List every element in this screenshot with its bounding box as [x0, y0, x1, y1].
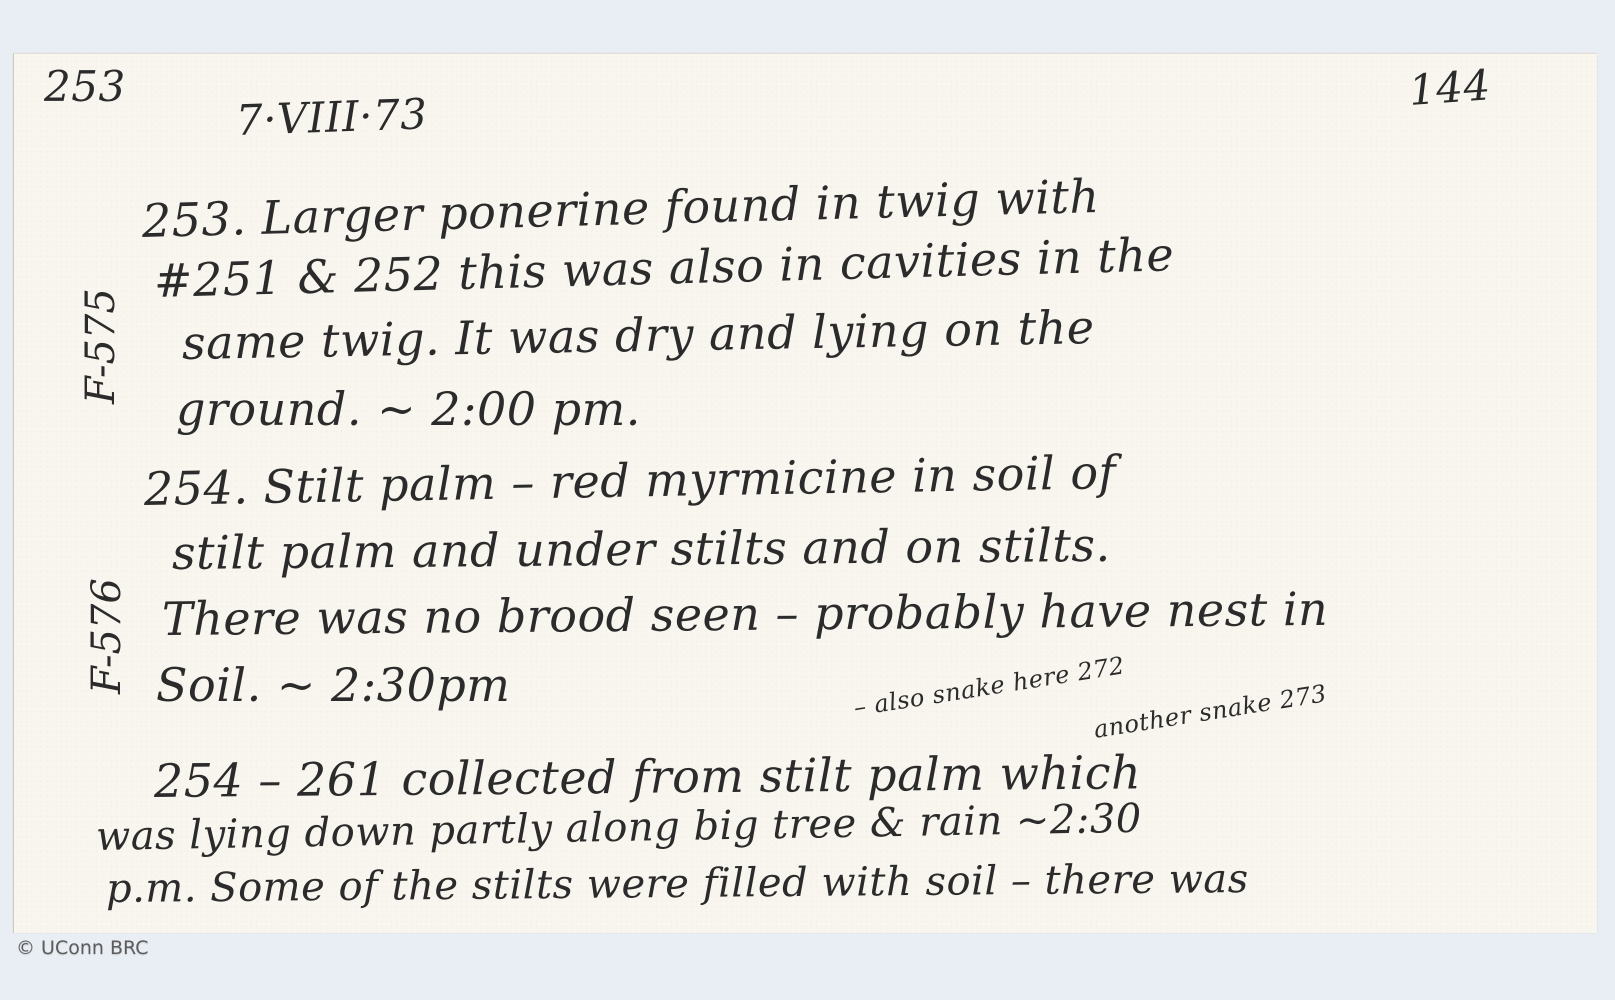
specimen-note-card: 253 7·VIII·73 144 F-575 F-576 253. Large… [13, 53, 1597, 933]
entry-line: Soil. ~ 2:30pm [156, 658, 510, 712]
entry-line: p.m. Some of the stilts were filled with… [106, 856, 1249, 912]
entry-line: stilt palm and under stilts and on stilt… [172, 518, 1111, 580]
card-number: 253 [44, 62, 126, 111]
annotation-snake-273: another snake 273 [1092, 679, 1329, 743]
entry-line: ground. ~ 2:00 pm. [176, 382, 641, 436]
card-date: 7·VIII·73 [235, 89, 428, 145]
annotation-snake-272: – also snake here 272 [852, 651, 1127, 721]
page-number: 144 [1407, 60, 1492, 115]
copyright-caption: © UConn BRC [16, 937, 149, 959]
entry-line: same twig. It was dry and lying on the [182, 300, 1095, 370]
field-number-f576: F-576 [84, 578, 130, 694]
entry-line: 254. Stilt palm – red myrmicine in soil … [144, 445, 1117, 516]
image-viewer: 253 7·VIII·73 144 F-575 F-576 253. Large… [0, 0, 1615, 1000]
field-number-f575: F-575 [78, 288, 124, 404]
entry-line: There was no brood seen – probably have … [162, 582, 1329, 646]
